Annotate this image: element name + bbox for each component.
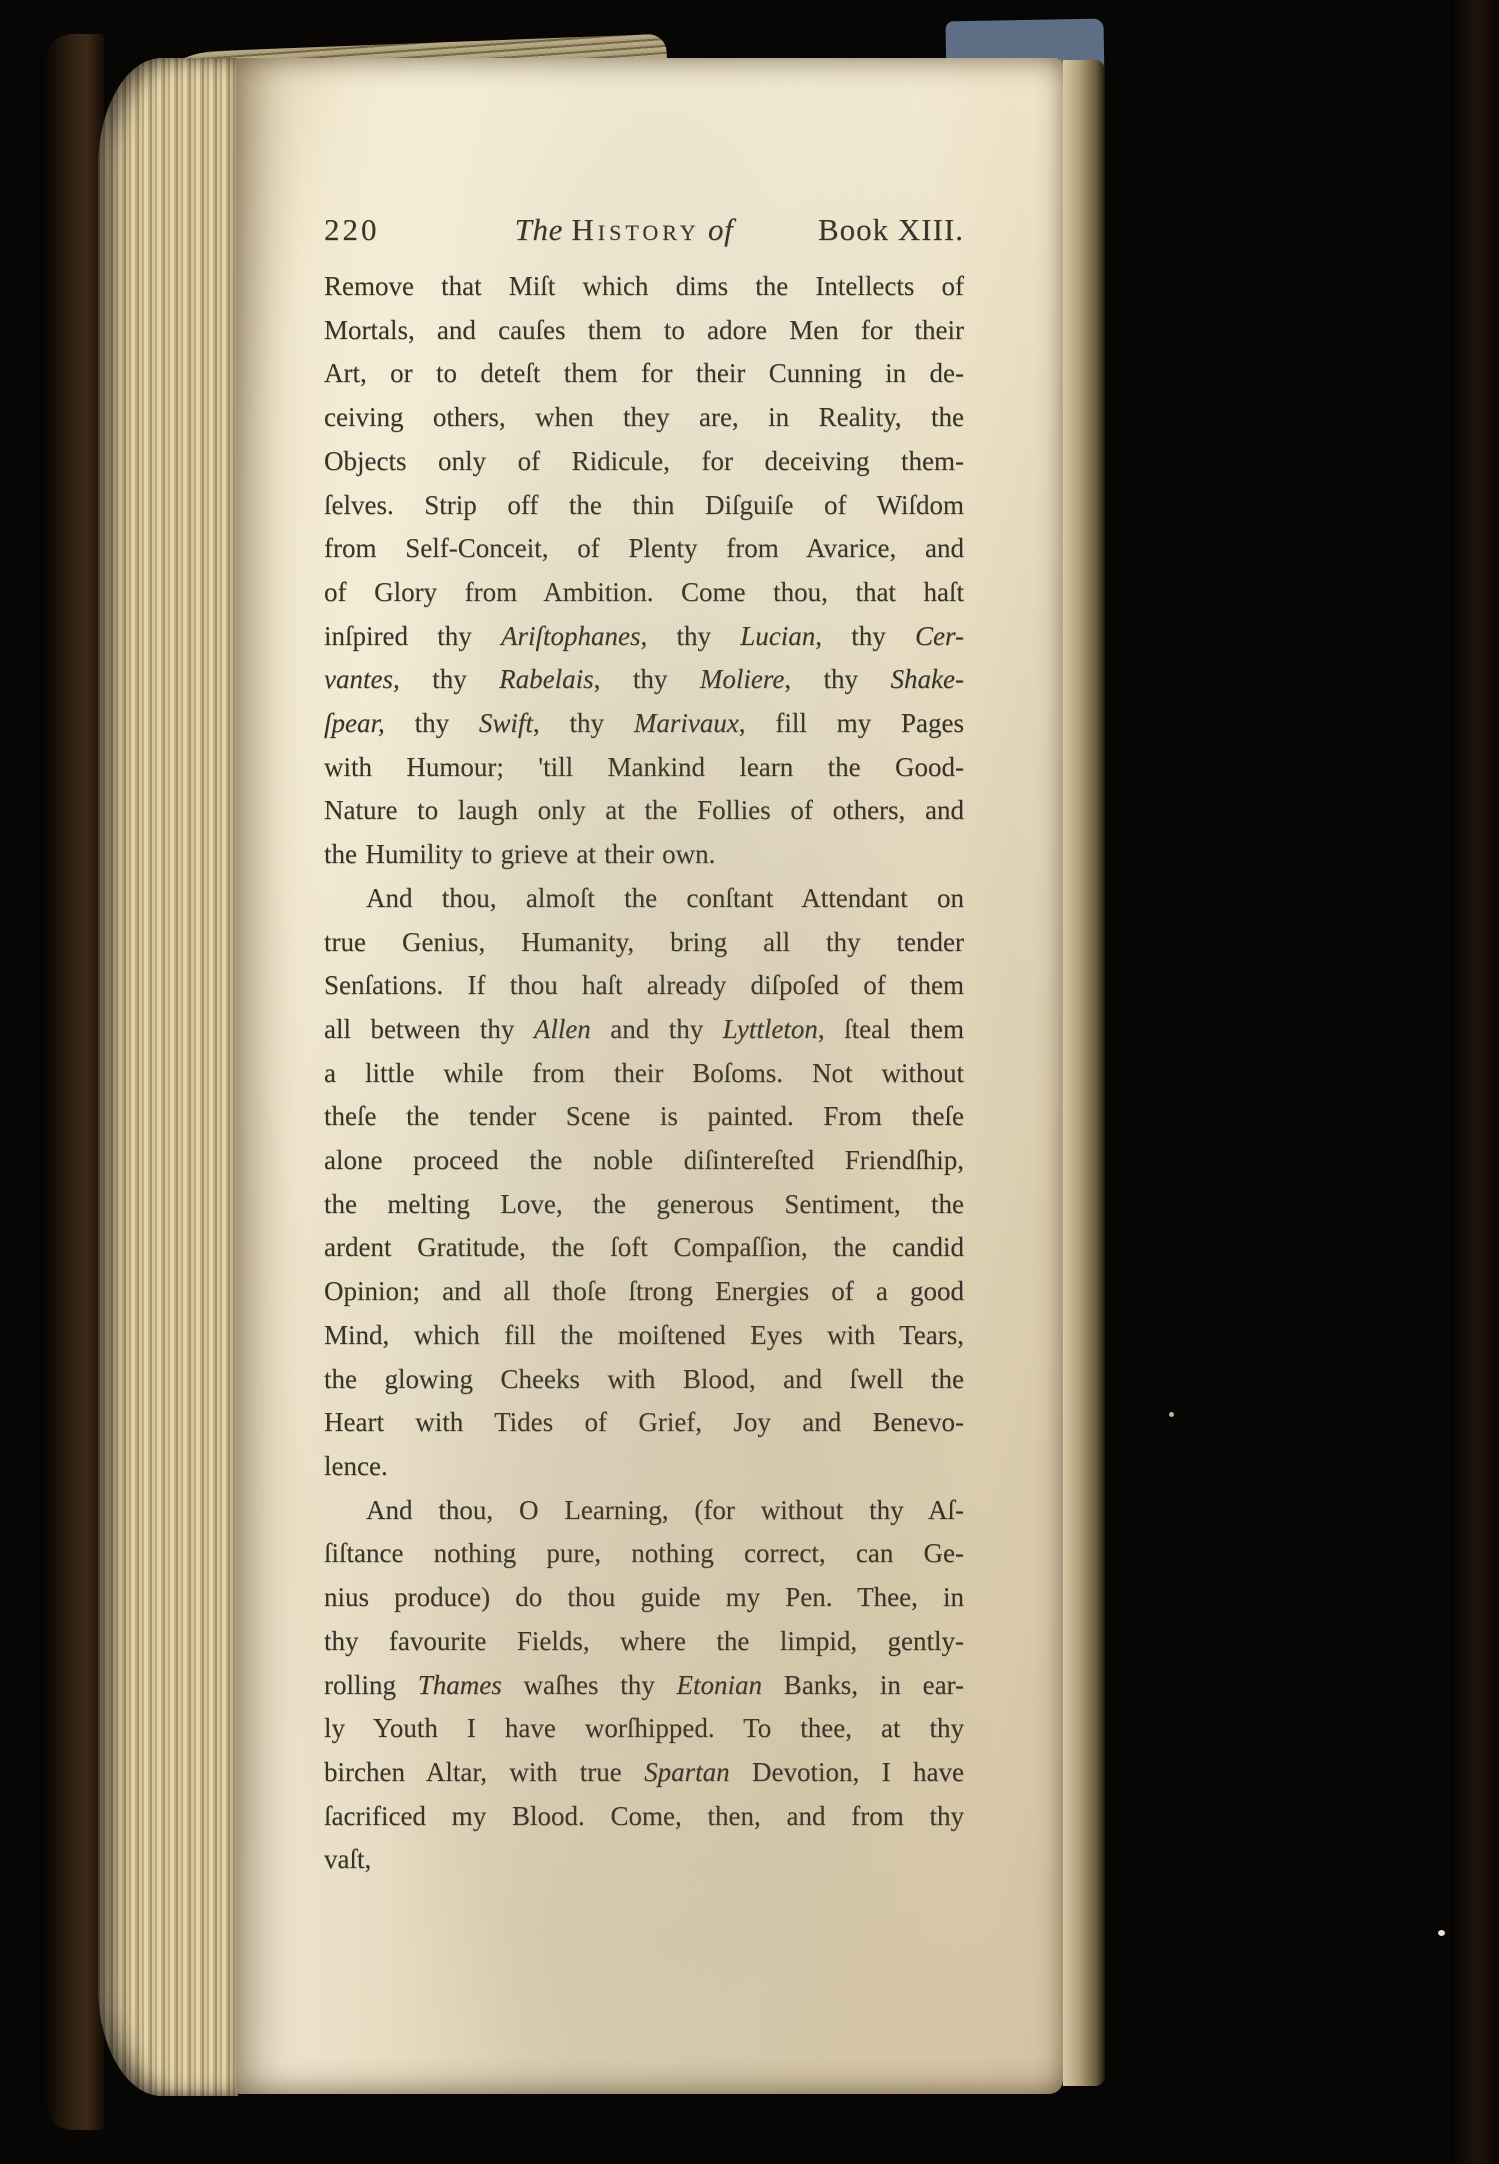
text-segment: , fill my Pages: [739, 708, 964, 738]
text-line: theſe the tender Scene is painted. From …: [324, 1095, 964, 1139]
text-segment: waſhes thy: [502, 1670, 677, 1700]
text-line: Opinion; and all thoſe ſtrong Energies o…: [324, 1270, 964, 1314]
text-line: the glowing Cheeks with Blood, and ſwell…: [324, 1358, 964, 1402]
page-number: 220: [324, 208, 474, 252]
text-line: Mortals, and cauſes them to adore Men fo…: [324, 309, 964, 353]
text-line: Art, or to deteſt them for their Cunning…: [324, 352, 964, 396]
text-line: And thou, almoſt the conſtant Attendant …: [324, 877, 964, 921]
text-segment: thy: [400, 664, 499, 694]
text-segment: the melting Love, the generous Sentiment…: [324, 1189, 964, 1219]
page-text: Remove that Miſt which dims the Intellec…: [324, 265, 964, 1882]
book-spine-leather: [46, 34, 104, 2130]
text-segment: ſelves. Strip off the thin Diſguiſe of W…: [324, 490, 964, 520]
text-line: vantes, thy Rabelais, thy Moliere, thy S…: [324, 658, 964, 702]
text-segment: rolling: [324, 1670, 418, 1700]
text-segment: Shake-: [891, 664, 964, 694]
text-line: thy favourite Fields, where the limpid, …: [324, 1620, 964, 1664]
text-segment: the glowing Cheeks with Blood, and ſwell…: [324, 1364, 964, 1394]
right-page-edge: [1063, 60, 1105, 2086]
text-line: of Glory from Ambition. Come thou, that …: [324, 571, 964, 615]
text-segment: Moliere: [700, 664, 784, 694]
text-line: birchen Altar, with true Spartan Devotio…: [324, 1751, 964, 1795]
text-segment: Opinion; and all thoſe ſtrong Energies o…: [324, 1276, 964, 1306]
running-header: 220 The History of Book XIII.: [324, 208, 964, 252]
text-line: Mind, which fill the moiſtened Eyes with…: [324, 1314, 964, 1358]
text-segment: a little while from their Boſoms. Not wi…: [324, 1058, 964, 1088]
text-segment: , ſteal them: [818, 1014, 964, 1044]
text-line: ſiſtance nothing pure, nothing correct, …: [324, 1532, 964, 1576]
text-line: ſpear, thy Swift, thy Marivaux, fill my …: [324, 702, 964, 746]
text-line: Heart with Tides of Grief, Joy and Benev…: [324, 1401, 964, 1445]
title-segment: [700, 212, 708, 247]
text-line: ly Youth I have worſhipped. To thee, at …: [324, 1707, 964, 1751]
text-segment: Marivaux: [634, 708, 739, 738]
text-segment: Lucian: [740, 621, 815, 651]
text-segment: Spartan: [644, 1757, 730, 1787]
right-cover-leather: [1450, 0, 1499, 2164]
title-segment: The: [515, 212, 563, 247]
text-segment: true Genius, Humanity, bring all thy ten…: [324, 927, 964, 957]
book-photo-scene: 220 The History of Book XIII. Remove tha…: [0, 0, 1499, 2164]
text-segment: of Glory from Ambition. Come thou, that …: [324, 577, 964, 607]
text-segment: , thy: [784, 664, 890, 694]
text-segment: Lyttleton: [723, 1014, 818, 1044]
text-segment: thy favourite Fields, where the limpid, …: [324, 1626, 964, 1656]
text-line: Nature to laugh only at the Follies of o…: [324, 789, 964, 833]
text-segment: Ariſtophanes: [501, 621, 641, 651]
text-segment: thy: [385, 708, 479, 738]
book-number-label: Book XIII.: [774, 208, 964, 252]
text-segment: Cer-: [915, 621, 964, 651]
text-segment: Etonian: [677, 1670, 763, 1700]
text-segment: Art, or to deteſt them for their Cunning…: [324, 358, 964, 388]
text-segment: Rabelais: [499, 664, 594, 694]
text-segment: Swift: [479, 708, 533, 738]
text-segment: alone proceed the noble diſintereſted Fr…: [324, 1145, 964, 1175]
text-segment: ſiſtance nothing pure, nothing correct, …: [324, 1538, 964, 1568]
text-line: the melting Love, the generous Sentiment…: [324, 1183, 964, 1227]
catchword: vaſt,: [324, 1838, 964, 1882]
text-line: Objects only of Ridicule, for deceiving …: [324, 440, 964, 484]
text-line: the Humility to grieve at their own.: [324, 833, 964, 877]
text-line: ceiving others, when they are, in Realit…: [324, 396, 964, 440]
book-page: 220 The History of Book XIII. Remove tha…: [236, 58, 1063, 2094]
text-line: alone proceed the noble diſintereſted Fr…: [324, 1139, 964, 1183]
text-segment: ardent Gratitude, the ſoft Compaſſion, t…: [324, 1232, 964, 1262]
text-segment: Remove that Miſt which dims the Intellec…: [324, 271, 964, 301]
text-line: lence.: [324, 1445, 964, 1489]
text-segment: And thou, almoſt the conſtant Attendant …: [366, 883, 964, 913]
title-segment: History: [571, 212, 699, 247]
page-edges-stack: [98, 58, 238, 2096]
text-segment: from Self-Conceit, of Plenty from Avaric…: [324, 533, 964, 563]
text-segment: the Humility to grieve at their own.: [324, 839, 715, 869]
paper-speck: [1438, 1930, 1445, 1936]
text-segment: Senſations. If thou haſt already diſpoſe…: [324, 970, 964, 1000]
text-segment: , thy: [641, 621, 741, 651]
text-line: with Humour; 'till Mankind learn the Goo…: [324, 746, 964, 790]
text-segment: inſpired thy: [324, 621, 501, 651]
text-segment: ſpear,: [324, 708, 385, 738]
page-title: The History of: [474, 208, 774, 252]
text-line: true Genius, Humanity, bring all thy ten…: [324, 921, 964, 965]
text-segment: , thy: [815, 621, 915, 651]
text-line: ardent Gratitude, the ſoft Compaſſion, t…: [324, 1226, 964, 1270]
paper-speck: [1169, 1412, 1174, 1417]
text-line: ſelves. Strip off the thin Diſguiſe of W…: [324, 484, 964, 528]
title-segment: of: [708, 212, 733, 247]
text-segment: Heart with Tides of Grief, Joy and Benev…: [324, 1407, 964, 1437]
text-segment: Banks, in ear-: [762, 1670, 964, 1700]
text-line: from Self-Conceit, of Plenty from Avaric…: [324, 527, 964, 571]
text-line: Remove that Miſt which dims the Intellec…: [324, 265, 964, 309]
text-line: all between thy Allen and thy Lyttleton,…: [324, 1008, 964, 1052]
text-line: Senſations. If thou haſt already diſpoſe…: [324, 964, 964, 1008]
text-segment: Nature to laugh only at the Follies of o…: [324, 795, 964, 825]
text-segment: with Humour; 'till Mankind learn the Goo…: [324, 752, 964, 782]
text-segment: , thy: [533, 708, 634, 738]
text-line: nius produce) do thou guide my Pen. Thee…: [324, 1576, 964, 1620]
text-segment: Allen: [534, 1014, 591, 1044]
text-segment: Mortals, and cauſes them to adore Men fo…: [324, 315, 964, 345]
text-segment: Objects only of Ridicule, for deceiving …: [324, 446, 964, 476]
text-segment: lence.: [324, 1451, 388, 1481]
text-segment: , thy: [594, 664, 700, 694]
text-line: ſacrificed my Blood. Come, then, and fro…: [324, 1795, 964, 1839]
text-segment: Devotion, I have: [730, 1757, 964, 1787]
text-segment: ly Youth I have worſhipped. To thee, at …: [324, 1713, 964, 1743]
text-segment: ſacrificed my Blood. Come, then, and fro…: [324, 1801, 964, 1831]
text-segment: and thy: [591, 1014, 723, 1044]
text-segment: vantes,: [324, 664, 400, 694]
text-segment: ceiving others, when they are, in Realit…: [324, 402, 964, 432]
text-line: rolling Thames waſhes thy Etonian Banks,…: [324, 1664, 964, 1708]
text-segment: nius produce) do thou guide my Pen. Thee…: [324, 1582, 964, 1612]
text-segment: birchen Altar, with true: [324, 1757, 644, 1787]
text-segment: theſe the tender Scene is painted. From …: [324, 1101, 964, 1131]
text-line: And thou, O Learning, (for without thy A…: [324, 1489, 964, 1533]
text-segment: And thou, O Learning, (for without thy A…: [366, 1495, 964, 1525]
text-segment: Mind, which fill the moiſtened Eyes with…: [324, 1320, 964, 1350]
text-line: a little while from their Boſoms. Not wi…: [324, 1052, 964, 1096]
text-line: inſpired thy Ariſtophanes, thy Lucian, t…: [324, 615, 964, 659]
text-segment: Thames: [418, 1670, 502, 1700]
text-segment: all between thy: [324, 1014, 534, 1044]
